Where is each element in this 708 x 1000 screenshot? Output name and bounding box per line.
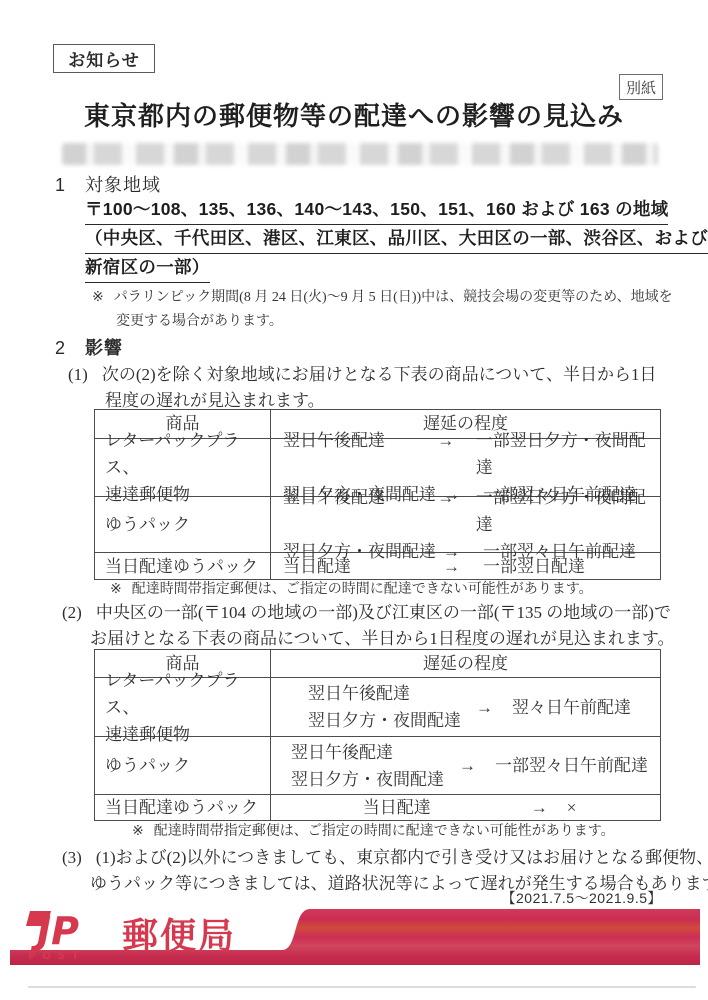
section1-title: 対象地域 bbox=[85, 175, 161, 195]
arrow-icon: → bbox=[459, 752, 495, 779]
jp-logo-letters: JP bbox=[30, 909, 79, 953]
item2-label: (2) bbox=[62, 603, 82, 623]
arrow-icon: → bbox=[443, 553, 483, 580]
jp-post-banner: JP POST 郵便局 bbox=[10, 903, 700, 967]
item3-label: (3) bbox=[62, 848, 82, 868]
table-row: ゆうパック 翌日午後配達 翌日夕方・夜間配達 → 一部翌々日午前配達 bbox=[95, 736, 660, 794]
delay-table-1: 商品 遅延の程度 レターパックプラス、 速達郵便物 翌日午後配達→一部翌日夕方・… bbox=[94, 409, 661, 580]
paralympics-note-line-2: 変更する場合があります。 bbox=[116, 310, 283, 330]
table-row: 当日配達ゆうパック 当日配達 → × bbox=[95, 794, 660, 820]
item1-text-line-2: 程度の遅れが見込まれます。 bbox=[105, 386, 325, 411]
section2-title: 影響 bbox=[85, 338, 123, 358]
paralympics-note-line-1: ※パラリンピック期間(8 月 24 日(火)～9 月 5 日(日))中は、競技会… bbox=[92, 286, 673, 306]
jp-post-logo: JP POST bbox=[26, 909, 85, 962]
post-office-brand-text: 郵便局 bbox=[122, 915, 236, 956]
document-page: お知らせ 別紙 東京都内の郵便物等の配達への影響の見込み 1対象地域 〒100～… bbox=[0, 0, 708, 1000]
jp-logo-post-text: POST bbox=[28, 950, 85, 962]
page-title: 東京都内の郵便物等の配達への影響の見込み bbox=[0, 96, 708, 133]
bleed-through-artifact bbox=[62, 143, 658, 165]
table-row: レターパックプラス、 速達郵便物 翌日午後配達 翌日夕方・夜間配達 → 翌々日午… bbox=[95, 677, 660, 736]
target-area-line-1: 〒100～108、135、136、140～143、150、151、160 および… bbox=[85, 196, 668, 225]
note-mark: ※ bbox=[132, 823, 144, 840]
attachment-label: 別紙 bbox=[626, 77, 656, 98]
table-row: 当日配達ゆうパック 当日配達→一部翌日配達 bbox=[95, 552, 660, 579]
arrow-icon: → bbox=[437, 427, 476, 481]
notice-label-box: お知らせ bbox=[53, 44, 155, 73]
table2-note: ※配達時間帯指定郵便は、ご指定の時間に配達できない可能性があります。 bbox=[132, 820, 615, 840]
item1-label: (1) bbox=[68, 365, 88, 385]
arrow-icon: → bbox=[437, 484, 476, 538]
section1-heading: 1対象地域 bbox=[55, 171, 161, 197]
notice-label: お知らせ bbox=[68, 46, 140, 71]
arrow-icon: → bbox=[531, 794, 567, 821]
table-row: ゆうパック 翌日午後配達→一部翌日夕方・夜間配達 翌日夕方・夜間配達→一部翌々日… bbox=[95, 496, 660, 552]
jp-post-banner-graphic: JP POST 郵便局 bbox=[10, 903, 700, 967]
item3-text-line-1: (3)(1)および(2)以外につきましても、東京都内で引き受け又はお届けとなる郵… bbox=[62, 843, 708, 868]
item2-text-line-1: (2)中央区の一部(〒104 の地域の一部)及び江東区の一部(〒135 の地域の… bbox=[62, 598, 671, 623]
arrow-icon: → bbox=[476, 694, 512, 721]
item2-text-line-2: お届けとなる下表の商品について、半日から1日程度の遅れが見込まれます。 bbox=[90, 624, 674, 649]
note-mark: ※ bbox=[92, 289, 104, 306]
table1-note: ※配達時間帯指定郵便は、ご指定の時間に配達できない可能性があります。 bbox=[110, 578, 593, 598]
section1-number: 1 bbox=[55, 175, 85, 196]
target-area-line-3: 新宿区の一部） bbox=[85, 254, 210, 283]
note-mark: ※ bbox=[110, 581, 122, 598]
target-area-line-2: （中央区、千代田区、港区、江東区、品川区、大田区の一部、渋谷区、および bbox=[85, 225, 708, 254]
delay-table-2: 商品 遅延の程度 レターパックプラス、 速達郵便物 翌日午後配達 翌日夕方・夜間… bbox=[94, 649, 661, 821]
section2-number: 2 bbox=[55, 338, 85, 359]
item1-text-line-1: (1)次の(2)を除く対象地域にお届けとなる下表の商品について、半日から1日 bbox=[68, 360, 656, 385]
red-wave-band bbox=[10, 909, 700, 965]
scan-artifact-line bbox=[28, 986, 696, 988]
col-header-delay: 遅延の程度 bbox=[271, 650, 660, 677]
section2-heading: 2影響 bbox=[55, 334, 123, 360]
